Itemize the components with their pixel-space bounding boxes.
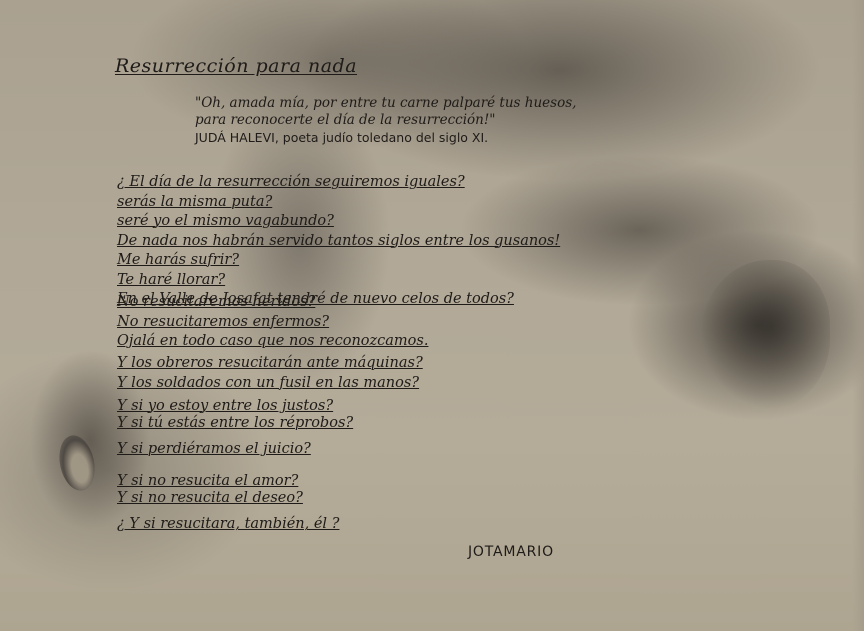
poem-line: Y si tú estás entre los réprobos? — [117, 415, 353, 432]
stanza-3: Y los obreros resucitarán ante máquinas?… — [117, 354, 423, 393]
page-edge — [852, 0, 864, 631]
poem-line: seré yo el mismo vagabundo? — [117, 212, 560, 232]
poem-line: No resucitaremos heridos? — [117, 293, 428, 313]
poem-title: Resurrección para nada — [115, 55, 357, 77]
stanza-4: Y si yo estoy entre los justos? Y si tú … — [117, 398, 353, 432]
dark-smudge-right — [700, 260, 830, 410]
poem-line: Y los obreros resucitarán ante máquinas? — [117, 354, 423, 374]
poem-line: Y si yo estoy entre los justos? — [117, 398, 353, 415]
poem-line: De nada nos habrán servido tantos siglos… — [117, 232, 560, 252]
stanza-5: Y si perdiéramos el juicio? — [117, 440, 311, 460]
epigraph: "Oh, amada mía, por entre tu carne palpa… — [195, 95, 576, 146]
poem-line: Y si perdiéramos el juicio? — [117, 440, 311, 460]
stanza-7: ¿ Y si resucitara, también, él ? — [117, 515, 339, 535]
stanza-2: No resucitaremos heridos? No resucitarem… — [117, 293, 428, 352]
poem-line: Y si no resucita el deseo? — [117, 490, 303, 507]
poem-line: ¿ El día de la resurrección seguiremos i… — [117, 173, 560, 193]
poem-line: Te haré llorar? — [117, 271, 560, 291]
poem-line: Y los soldados con un fusil en las manos… — [117, 374, 423, 394]
poem-line: ¿ Y si resucitara, también, él ? — [117, 515, 339, 535]
epigraph-line: "Oh, amada mía, por entre tu carne palpa… — [195, 95, 576, 112]
poem-line: Y si no resucita el amor? — [117, 473, 303, 490]
poem-line: Me harás sufrir? — [117, 251, 560, 271]
poem-page: Resurrección para nada "Oh, amada mía, p… — [0, 0, 864, 631]
stanza-6: Y si no resucita el amor? Y si no resuci… — [117, 473, 303, 507]
author-signature: JOTAMARIO — [468, 544, 554, 560]
poem-line: Ojalá en todo caso que nos reconozcamos. — [117, 332, 428, 352]
epigraph-line: para reconocerte el día de la resurrecci… — [195, 112, 576, 129]
poem-line: No resucitaremos enfermos? — [117, 313, 428, 333]
epigraph-attribution: JUDÁ HALEVI, poeta judío toledano del si… — [195, 129, 576, 146]
stanza-1: ¿ El día de la resurrección seguiremos i… — [117, 173, 560, 310]
poem-line: serás la misma puta? — [117, 193, 560, 213]
eye-shape-left — [55, 432, 100, 494]
